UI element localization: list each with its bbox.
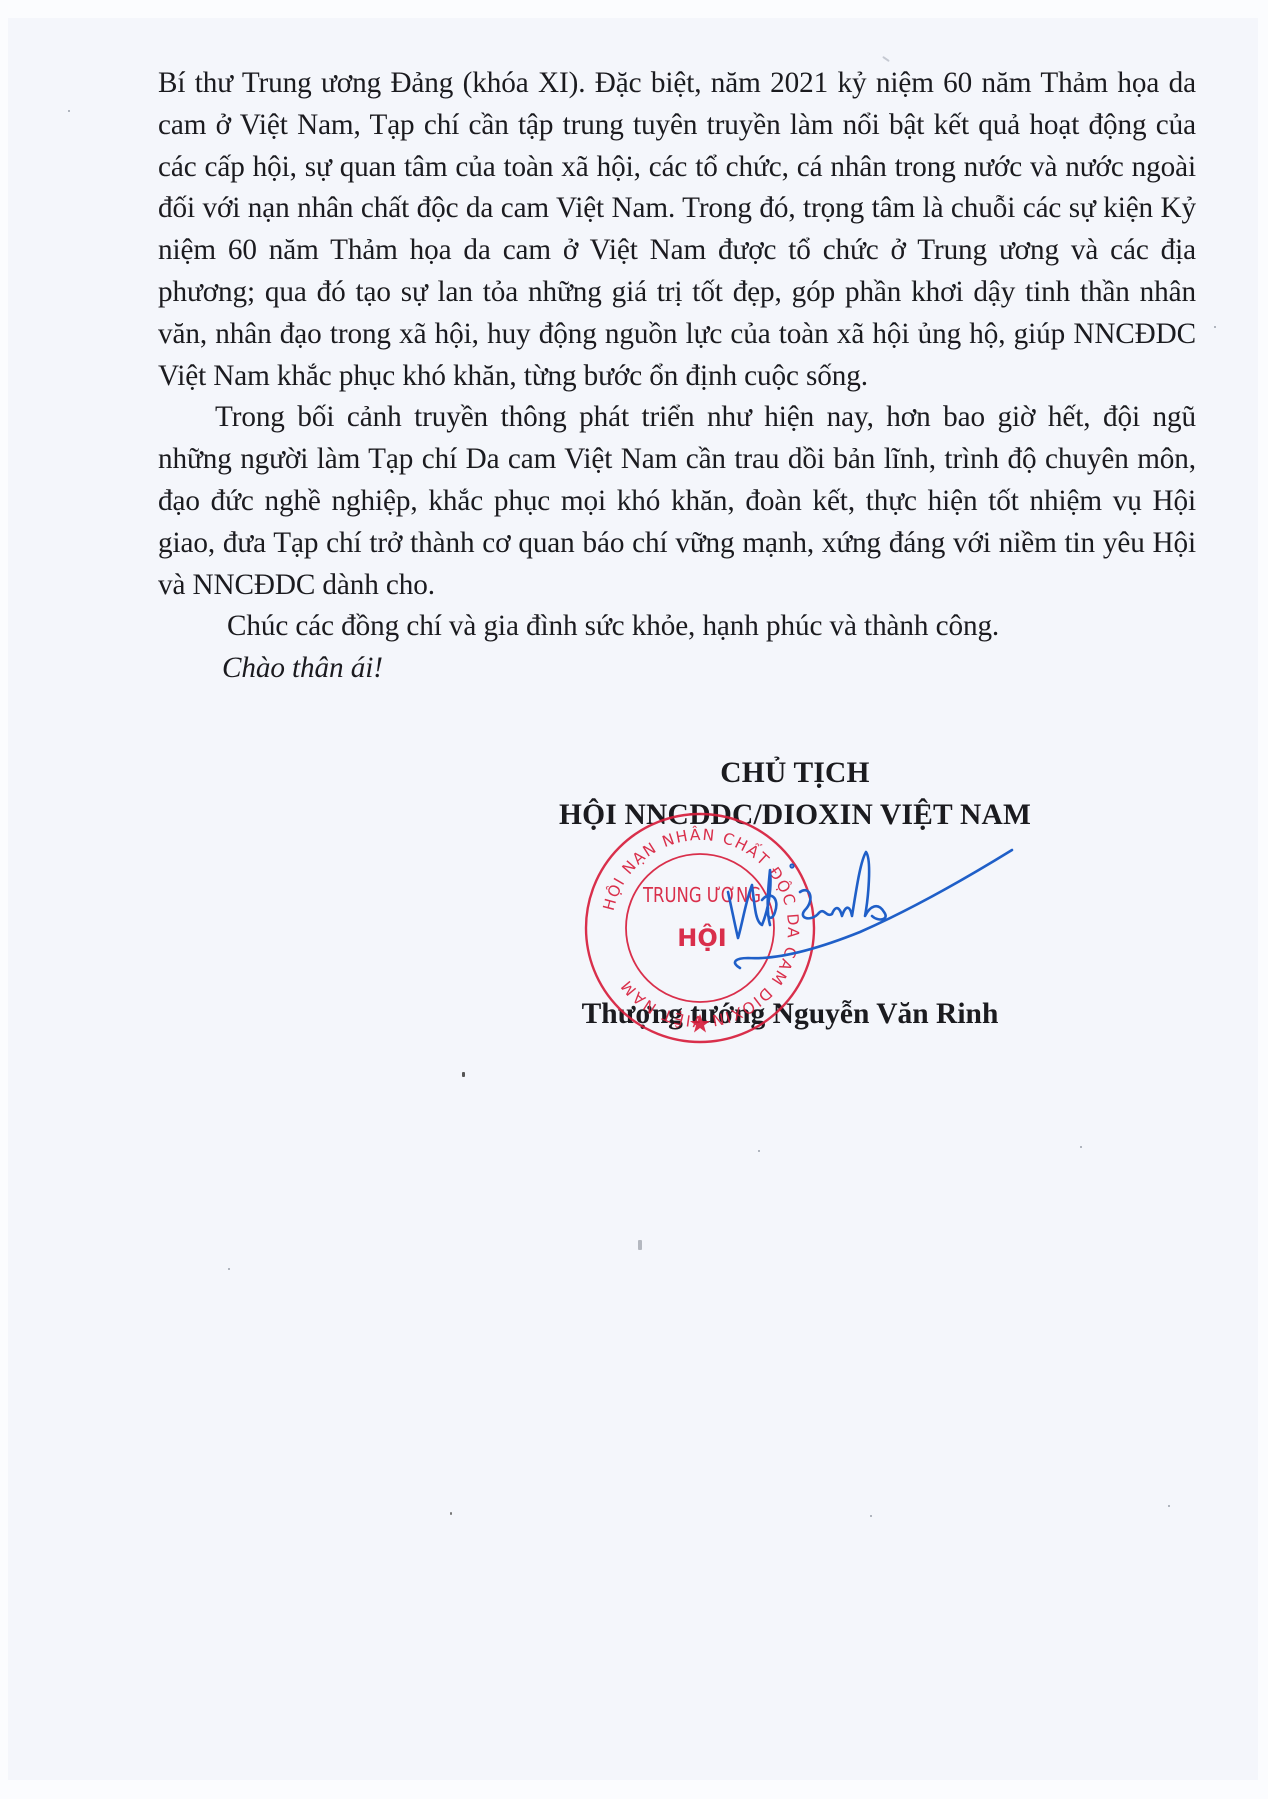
scan-speck	[758, 1150, 760, 1152]
farewell: Chào thân ái!	[158, 648, 1196, 690]
signer-position: CHỦ TỊCH	[540, 757, 1050, 790]
scan-speck	[1168, 1505, 1170, 1507]
scan-speck	[450, 1512, 452, 1515]
scan-speck	[1080, 1146, 1082, 1148]
closing-wish: Chúc các đồng chí và gia đình sức khỏe, …	[158, 606, 1196, 648]
letter-body: Bí thư Trung ương Đảng (khóa XI). Đặc bi…	[158, 63, 1196, 690]
handwritten-signature-icon	[700, 830, 1030, 1000]
scan-speck	[638, 1240, 642, 1250]
paragraph-continuation: Bí thư Trung ương Đảng (khóa XI). Đặc bi…	[158, 63, 1196, 397]
scan-speck	[228, 1268, 230, 1270]
scan-speck	[1214, 326, 1216, 328]
scan-speck	[68, 110, 70, 112]
scan-speck	[462, 1072, 465, 1077]
scan-speck	[870, 1515, 872, 1517]
paragraph-media-context: Trong bối cảnh truyền thông phát triển n…	[158, 397, 1196, 606]
